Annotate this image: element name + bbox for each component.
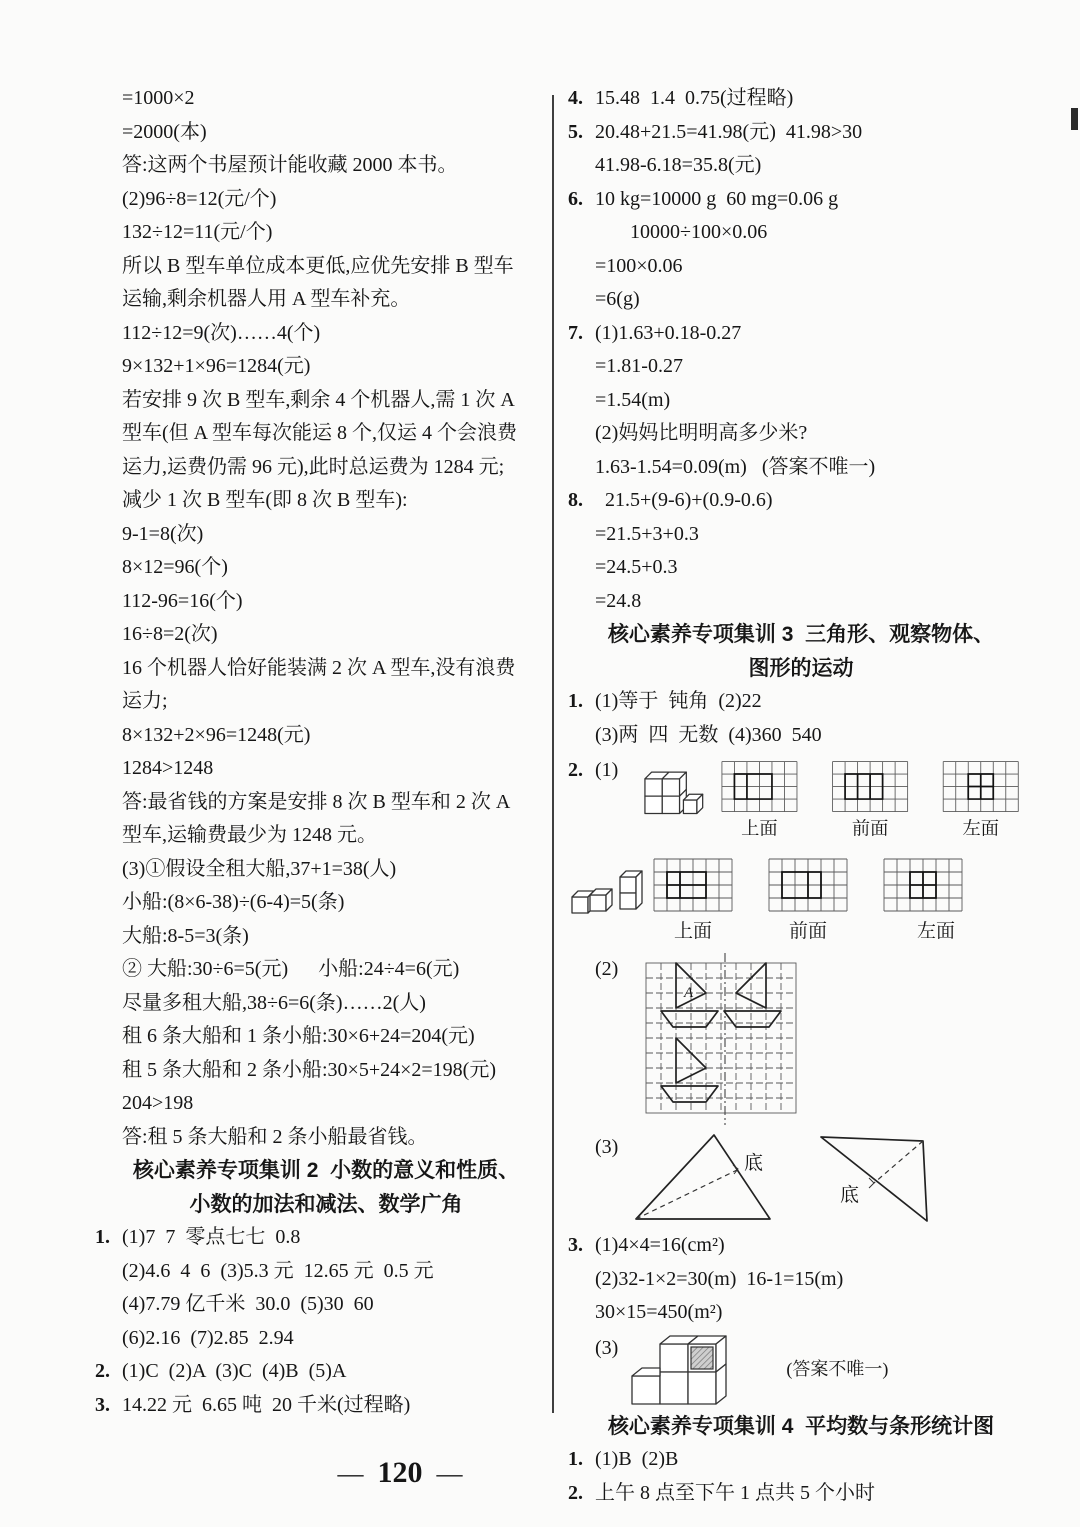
svg-text:上面: 上面	[674, 920, 712, 942]
svg-text:左面: 左面	[963, 819, 1000, 839]
answer-line: 132÷12=11(元/个)	[95, 216, 557, 250]
figure-row: (2) A	[568, 951, 1034, 1129]
answer-text: 型车,运输费最少为 1248 元。	[122, 824, 377, 846]
answer-line: 型车(但 A 型车每次能运 8 个,仅运 4 个会浪费	[95, 417, 557, 451]
answer-text: (2)妈妈比明明高多少米?	[595, 422, 807, 444]
answer-text: 租 5 条大船和 2 条小船:30×5+24×2=198(元)	[122, 1059, 496, 1081]
answer-text: 30×15=450(m²)	[595, 1301, 722, 1323]
svg-text:前面: 前面	[852, 819, 889, 839]
left-column: =1000×2=2000(本)答:这两个书屋预计能收藏 2000 本书。(2)9…	[95, 82, 557, 1422]
answer-line: 1.(1)7 7 零点七七 0.8	[95, 1221, 557, 1255]
page-number-dash: —	[338, 1459, 364, 1488]
answer-text: 运输,剩余机器人用 A 型车补充。	[122, 288, 410, 310]
answer-text: 若安排 9 次 B 型车,剩余 4 个机器人,需 1 次 A	[122, 389, 515, 411]
answer-line: 运力;	[95, 685, 557, 719]
answer-line: =24.5+0.3	[568, 551, 1034, 585]
answer-text: 15.48 1.4 0.75(过程略)	[595, 87, 793, 109]
answer-text: 图形的运动	[749, 657, 854, 680]
answer-line: (3)两 四 无数 (4)360 540	[568, 719, 1034, 753]
answer-line: 4.15.48 1.4 0.75(过程略)	[568, 82, 1034, 116]
right-column: 4.15.48 1.4 0.75(过程略)5.20.48+21.5=41.98(…	[568, 82, 1034, 1510]
answer-text: (4)7.79 亿千米 30.0 (5)30 60	[122, 1293, 374, 1315]
answer-line: 30×15=450(m²)	[568, 1296, 1034, 1330]
answer-line: (6)2.16 (7)2.85 2.94	[95, 1322, 557, 1356]
answer-text: (2)96÷8=12(元/个)	[122, 188, 276, 210]
answer-text: 大船:8-5=3(条)	[122, 925, 249, 947]
figure-note: (答案不唯一)	[786, 1353, 888, 1387]
answer-line: =1.54(m)	[568, 384, 1034, 418]
answer-text: 尽量多租大船,38÷6=6(条)……2(人)	[122, 992, 426, 1014]
section-heading: 核心素养专项集训 4 平均数与条形统计图	[568, 1410, 1034, 1444]
answer-text: 所以 B 型车单位成本更低,应优先安排 B 型车	[122, 255, 514, 277]
answer-line: 1.63-1.54=0.09(m) (答案不唯一)	[568, 451, 1034, 485]
answer-line: =1.81-0.27	[568, 350, 1034, 384]
answer-text: 答:最省钱的方案是安排 8 次 B 型车和 2 次 A	[122, 791, 510, 813]
item-number: 2.	[95, 1355, 122, 1389]
answer-text: 1284>1248	[122, 757, 213, 779]
answer-line: 1.(1)等于 钝角 (2)22	[568, 685, 1034, 719]
view-grid-front: 前面	[769, 859, 847, 942]
answer-line: 答:最省钱的方案是安排 8 次 B 型车和 2 次 A	[95, 786, 557, 820]
answer-line: 8×12=96(个)	[95, 551, 557, 585]
answer-line: 租 5 条大船和 2 条小船:30×5+24×2=198(元)	[95, 1054, 557, 1088]
answer-text: 112÷12=9(次)……4(个)	[122, 322, 320, 344]
answer-line: 所以 B 型车单位成本更低,应优先安排 B 型车	[95, 250, 557, 284]
answer-text: =1.54(m)	[595, 389, 670, 411]
answer-text: (2)	[595, 951, 618, 987]
answer-text: (1)7 7 零点七七 0.8	[122, 1226, 300, 1248]
section-heading: 小数的加法和减法、数学广角	[95, 1188, 557, 1222]
answer-line: 16÷8=2(次)	[95, 618, 557, 652]
answer-text: 41.98-6.18=35.8(元)	[595, 154, 761, 176]
answer-text: 204>198	[122, 1092, 193, 1114]
answer-text: 租 6 条大船和 1 条小船:30×6+24=204(元)	[122, 1025, 475, 1047]
answer-text: 132÷12=11(元/个)	[122, 221, 272, 243]
answer-text: 16 个机器人恰好能装满 2 次 A 型车,没有浪费	[122, 657, 515, 679]
answer-line: 9×132+1×96=1284(元)	[95, 350, 557, 384]
answer-line: (2)妈妈比明明高多少米?	[568, 417, 1034, 451]
answer-line: 8. 21.5+(9-6)+(0.9-0.6)	[568, 484, 1034, 518]
section-heading: 图形的运动	[568, 652, 1034, 686]
svg-text:上面: 上面	[741, 819, 778, 839]
cube-stack	[632, 1336, 726, 1404]
answer-line: =2000(本)	[95, 116, 557, 150]
answer-line: 8×132+2×96=1248(元)	[95, 719, 557, 753]
page-number-value: 120	[364, 1456, 437, 1489]
answer-line: =100×0.06	[568, 250, 1034, 284]
item-number: 3.	[568, 1229, 595, 1263]
svg-text:前面: 前面	[789, 920, 827, 942]
answer-line: 112÷12=9(次)……4(个)	[95, 317, 557, 351]
page-number-dash: —	[437, 1459, 463, 1488]
answer-line: (2)32-1×2=30(m) 16-1=15(m)	[568, 1263, 1034, 1297]
answer-text: (1)	[595, 752, 618, 788]
answer-text: 运力,运费仍需 96 元),此时总运费为 1284 元;	[122, 456, 504, 478]
answer-text: 答:租 5 条大船和 2 条小船最省钱。	[122, 1126, 428, 1148]
answer-line: 答:租 5 条大船和 2 条小船最省钱。	[95, 1121, 557, 1155]
answer-text: 20.48+21.5=41.98(元) 41.98>30	[595, 121, 862, 143]
item-number: 7.	[568, 317, 595, 351]
cube-views-figure-2: 上面 前面 左面	[568, 849, 1000, 951]
answer-line: 减少 1 次 B 型车(即 8 次 B 型车):	[95, 484, 557, 518]
answer-text: 小船:(8×6-38)÷(6-4)=5(条)	[122, 891, 344, 913]
answer-text: =1000×2	[122, 87, 195, 109]
answer-line: 尽量多租大船,38÷6=6(条)……2(人)	[95, 987, 557, 1021]
answer-text: =21.5+3+0.3	[595, 523, 699, 545]
triangle-left: 底	[636, 1135, 770, 1219]
answer-text: 8×132+2×96=1248(元)	[122, 724, 310, 746]
answer-text: =6(g)	[595, 288, 640, 310]
symmetry-grid-figure: A	[618, 951, 868, 1129]
view-grid-front: 前面	[833, 762, 908, 839]
view-grid-top: 上面	[654, 859, 732, 942]
answer-text: (2)4.6 4 6 (3)5.3 元 12.65 元 0.5 元	[122, 1260, 434, 1282]
answer-text: (3)	[595, 1129, 618, 1165]
answer-line: 3.14.22 元 6.65 吨 20 千米(过程略)	[95, 1389, 557, 1423]
answer-line: =6(g)	[568, 283, 1034, 317]
answer-text: 21.5+(9-6)+(0.9-0.6)	[595, 489, 773, 511]
answer-line: 运输,剩余机器人用 A 型车补充。	[95, 283, 557, 317]
figure-row: (3) (答案不唯一)	[568, 1330, 1034, 1410]
answer-line: 2.(1)C (2)A (3)C (4)B (5)A	[95, 1355, 557, 1389]
answer-line: 型车,运输费最少为 1248 元。	[95, 819, 557, 853]
answer-line: (4)7.79 亿千米 30.0 (5)30 60	[95, 1288, 557, 1322]
svg-text:左面: 左面	[917, 920, 955, 942]
answer-line: 小船:(8×6-38)÷(6-4)=5(条)	[95, 886, 557, 920]
answer-line: 204>198	[95, 1087, 557, 1121]
workbook-answer-page: =1000×2=2000(本)答:这两个书屋预计能收藏 2000 本书。(2)9…	[0, 0, 1080, 1527]
answer-text: 112-96=16(个)	[122, 590, 243, 612]
answer-text: (1)4×4=16(cm²)	[595, 1234, 725, 1256]
answer-line: (2)4.6 4 6 (3)5.3 元 12.65 元 0.5 元	[95, 1255, 557, 1289]
cube-stack-figure	[618, 1330, 786, 1410]
item-number: 6.	[568, 183, 595, 217]
item-number: 1.	[568, 685, 595, 719]
answer-text: 型车(但 A 型车每次能运 8 个,仅运 4 个会浪费	[122, 422, 517, 444]
answer-line: 16 个机器人恰好能装满 2 次 A 型车,没有浪费	[95, 652, 557, 686]
section-heading: 核心素养专项集训 2 小数的意义和性质、	[95, 1154, 557, 1188]
grid	[646, 953, 796, 1125]
answer-text: 10 kg=10000 g 60 mg=0.06 g	[595, 188, 838, 210]
answer-text: (2)32-1×2=30(m) 16-1=15(m)	[595, 1268, 843, 1290]
answer-line: =1000×2	[95, 82, 557, 116]
answer-text: 核心素养专项集训 2 小数的意义和性质、	[133, 1159, 519, 1182]
triangle-right: 底	[821, 1137, 927, 1221]
answer-text: 答:这两个书屋预计能收藏 2000 本书。	[122, 154, 458, 176]
view-grid-left: 左面	[884, 859, 962, 942]
figure-row: 2.(1) 上面 前面 左面	[568, 752, 1034, 849]
answer-line: 7.(1)1.63+0.18-0.27	[568, 317, 1034, 351]
answer-text: (3)①假设全租大船,37+1=38(人)	[122, 858, 396, 880]
answer-text: 核心素养专项集训 3 三角形、观察物体、	[608, 623, 994, 646]
item-number: 3.	[95, 1389, 122, 1423]
item-number: 8.	[568, 484, 595, 518]
answer-line: 10000÷100×0.06	[568, 216, 1034, 250]
answer-text: 10000÷100×0.06	[630, 221, 767, 243]
view-grid-left: 左面	[944, 762, 1019, 839]
answer-line: 大船:8-5=3(条)	[95, 920, 557, 954]
cube-cluster-icon	[572, 871, 642, 913]
answer-text: 小数的加法和减法、数学广角	[190, 1193, 463, 1216]
answer-line: =21.5+3+0.3	[568, 518, 1034, 552]
cube-cluster-icon	[645, 772, 703, 813]
item-number: 5.	[568, 116, 595, 150]
answer-text: 1.63-1.54=0.09(m) (答案不唯一)	[595, 456, 875, 478]
answer-text: 运力;	[122, 690, 168, 712]
answer-text: (3)	[595, 1330, 618, 1366]
answer-line: 112-96=16(个)	[95, 585, 557, 619]
svg-text:A: A	[683, 985, 694, 1001]
answer-line: 6.10 kg=10000 g 60 mg=0.06 g	[568, 183, 1034, 217]
answer-line: (2)96÷8=12(元/个)	[95, 183, 557, 217]
answer-line: 运力,运费仍需 96 元),此时总运费为 1284 元;	[95, 451, 557, 485]
answer-text: 16÷8=2(次)	[122, 623, 218, 645]
figure-row: (3) 底 底	[568, 1129, 1034, 1229]
answer-text: 8×12=96(个)	[122, 556, 228, 578]
svg-text:底: 底	[744, 1152, 763, 1174]
answer-text: =24.8	[595, 590, 641, 612]
item-number: 4.	[568, 82, 595, 116]
cube-views-figure-1: 上面 前面 左面	[618, 752, 1034, 849]
answer-line: 若安排 9 次 B 型车,剩余 4 个机器人,需 1 次 A	[95, 384, 557, 418]
answer-line: 9-1=8(次)	[95, 518, 557, 552]
answer-text: (1)C (2)A (3)C (4)B (5)A	[122, 1360, 346, 1382]
svg-text:底: 底	[840, 1184, 859, 1206]
triangles-figure: 底 底	[618, 1129, 958, 1229]
answer-line: 3.(1)4×4=16(cm²)	[568, 1229, 1034, 1263]
answer-text: (1)1.63+0.18-0.27	[595, 322, 741, 344]
view-grid-top: 上面	[722, 762, 797, 839]
answer-text: 减少 1 次 B 型车(即 8 次 B 型车):	[122, 489, 408, 511]
page-number: —120—	[0, 1456, 940, 1490]
answer-text: =100×0.06	[595, 255, 683, 277]
page-edge-mark	[1071, 108, 1078, 130]
answer-text: (3)两 四 无数 (4)360 540	[595, 724, 822, 746]
answer-line: 答:这两个书屋预计能收藏 2000 本书。	[95, 149, 557, 183]
answer-text: (6)2.16 (7)2.85 2.94	[122, 1327, 294, 1349]
answer-text: =1.81-0.27	[595, 355, 683, 377]
answer-line: =24.8	[568, 585, 1034, 619]
answer-text: (1)等于 钝角 (2)22	[595, 690, 762, 712]
answer-text: 9-1=8(次)	[122, 523, 203, 545]
item-number: 1.	[95, 1221, 122, 1255]
answer-text: ② 大船:30÷6=5(元) 小船:24÷4=6(元)	[122, 958, 459, 980]
answer-line: 41.98-6.18=35.8(元)	[568, 149, 1034, 183]
answer-line: 5.20.48+21.5=41.98(元) 41.98>30	[568, 116, 1034, 150]
figure-row: 上面 前面 左面	[568, 849, 1034, 951]
answer-line: 1284>1248	[95, 752, 557, 786]
answer-text: =2000(本)	[122, 121, 207, 143]
answer-text: 9×132+1×96=1284(元)	[122, 355, 310, 377]
answer-line: (3)①假设全租大船,37+1=38(人)	[95, 853, 557, 887]
section-heading: 核心素养专项集训 3 三角形、观察物体、	[568, 618, 1034, 652]
answer-text: =24.5+0.3	[595, 556, 678, 578]
answer-line: ② 大船:30÷6=5(元) 小船:24÷4=6(元)	[95, 953, 557, 987]
answer-text: 14.22 元 6.65 吨 20 千米(过程略)	[122, 1394, 410, 1416]
answer-text: 核心素养专项集训 4 平均数与条形统计图	[608, 1415, 994, 1438]
item-number: 2.	[568, 752, 595, 788]
answer-line: 租 6 条大船和 1 条小船:30×6+24=204(元)	[95, 1020, 557, 1054]
